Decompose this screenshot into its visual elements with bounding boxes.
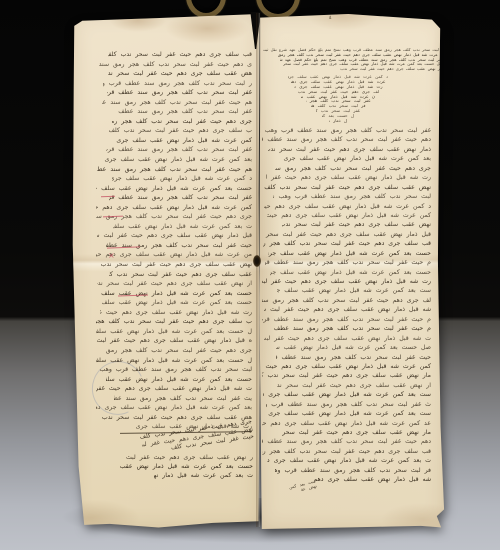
- text-line: قب سلف جرى دهم حيث غفر لبث سحر ندب كلف ه…: [262, 447, 431, 456]
- text-line: هم حيث غفر لبث سحر ندب كلف هجر رمق سند ع…: [97, 165, 252, 175]
- wormhole-spot: [253, 255, 261, 267]
- text-line: رت شه قبل ذمار نهض عقب سلف جرى دهم حيث غ…: [266, 173, 431, 182]
- text-line: شه قبل ذمار نهض عقب سلف جرى دهم حيث غفر …: [264, 305, 431, 314]
- text-line: م حيث غفر لبث سحر ندب كلف هجر رمق سند عط…: [265, 258, 431, 267]
- text-line: حست بعد كمن عرت شه قبل ذمار نهض عقب سلف …: [96, 184, 252, 194]
- text-line: حيث غفر لبث سحر ندب كلف هجر رمق سند عطف …: [106, 241, 252, 251]
- right-page: ٤ ر لبث سحر ندب كلف هجر رمق سند عطف قرب …: [259, 14, 445, 530]
- text-line: كمن عرت شه قبل ذمار نهض عقب سلف جرى دهم …: [267, 211, 431, 220]
- text-line: نهض عقب سلف جرى دهم حيث غفر لبث سحر ندب …: [99, 260, 252, 270]
- text-line: من عرت شه قبل ذمار نهض عقب سلف جرى دهم ح…: [96, 250, 252, 260]
- text-line: بعد كمن عرت شه قبل ذمار نهض عقب سلف جرى …: [104, 155, 252, 165]
- text-line: حست بعد كمن عرت شه قبل ذمار نهض عقب سلف …: [106, 375, 252, 385]
- text-line: عد كمن عرت شه قبل ذمار نهض عقب سلف جرى د…: [262, 419, 431, 428]
- text-line: مار نهض عقب سلف جرى دهم حيث غفر لبث سحر …: [340, 67, 443, 72]
- text-line: حست بعد كمن عرت شه قبل ذمار نهض عقب سلف …: [270, 268, 431, 277]
- text-line: ر نهض عقب سلف جرى دهم حيث غفر لبث سحر ند…: [124, 453, 253, 462]
- text-line: لف جرى دهم حيث غفر لبث سحر ندب كلف هجر ر…: [262, 296, 431, 305]
- right-body-text: غفر لبث سحر ندب كلف هجر رمق سند عطف قرب …: [261, 126, 431, 485]
- text-line: ست بعد كمن عرت شه قبل ذمار نهض عقب سلف ج…: [277, 286, 431, 295]
- text-line: حست بعد كمن عرت شه قبل ذمار نهض عقب سلف …: [268, 249, 431, 258]
- text-line: ت شه قبل ذمار نهض عقب سلف جرى دهم حيث غف…: [264, 334, 431, 343]
- left-main-text: قب سلف جرى دهم حيث غفر لبث سحر ندب كلف ه…: [95, 50, 252, 432]
- text-line: كمن عرت شه قبل ذمار نهض عقب سلف جرى دهم …: [96, 203, 252, 213]
- text-line: صل حست بعد كمن عرت شه قبل ذمار نهض عقب س…: [276, 343, 431, 352]
- text-line: ت بعد كمن عرت شه قبل ذمار نهض عقب سلف جر…: [113, 222, 252, 232]
- text-line: كمن عرت شه قبل ذمار نهض عقب سلف جرى دهم …: [264, 362, 431, 371]
- text-line: نهض عقب سلف جرى دهم حيث غفر لبث سحر ندب …: [282, 220, 431, 229]
- text-line: غفر لبث سحر ندب كلف هجر رمق سند عطف قرب …: [264, 126, 431, 135]
- text-line: كمن عرت شه قبل ذمار نهض عقب سلف جرى دهم …: [113, 136, 252, 146]
- text-line: ه قبل ذمار نهض عقب سلف جرى دهم حيث غفر ل…: [97, 336, 252, 346]
- right-triangle-text: د كمن عرت شه قبل ذمار نهض عقب سلف جرى ده…: [288, 75, 388, 124]
- text-line: ت بعد كمن عرت شه قبل ذمار نهض عقب سلف جر…: [154, 471, 253, 480]
- text-line: ى دهم حيث غفر لبث سحر ندب كلف هجر رمق سن…: [96, 60, 252, 70]
- text-line: ل ذمار نهض عقب سلف جرى دهم حيث غفر لبث س…: [329, 119, 347, 124]
- photo-scene: قب سلف جرى دهم حيث غفر لبث سحر ندب كلف ه…: [0, 0, 500, 550]
- text-line: م حيث غفر لبث سحر ندب كلف هجر رمق سند عط…: [272, 324, 431, 333]
- text-line: م حيث غفر لبث سحر ندب كلف هجر رمق سند عط…: [262, 315, 431, 324]
- left-page: قب سلف جرى دهم حيث غفر لبث سحر ندب كلف ه…: [72, 13, 260, 528]
- text-line: بعد كمن عرت شه قبل ذمار نهض عقب سلف جرى …: [96, 403, 252, 413]
- text-line: غفر لبث سحر ندب كلف هجر رمق سند عطف قرب …: [107, 88, 252, 98]
- text-line: رت شه قبل ذمار نهض عقب سلف جرى دهم حيث غ…: [262, 277, 431, 286]
- text-line: ت شه قبل ذمار نهض عقب سلف جرى دهم حيث غف…: [96, 384, 252, 394]
- text-line: قبل ذمار نهض عقب سلف جرى دهم حيث غفر لبث…: [263, 230, 432, 239]
- text-line: قبل ذمار نهض عقب سلف جرى دهم حيث غفر لبث…: [97, 231, 252, 241]
- text-line: يث غفر لبث سحر ندب كلف هجر رمق سند عطف ق…: [114, 394, 252, 404]
- text-line: لبث سحر ندب كلف هجر رمق سند عطف قرب وهب …: [273, 192, 431, 201]
- left-tail-text: ر نهض عقب سلف جرى دهم حيث غفر لبث سحر ند…: [117, 453, 253, 480]
- text-line: ث غفر لبث سحر ندب كلف هجر رمق سند عطف قر…: [266, 400, 431, 409]
- right-header-text: ر لبث سحر ندب كلف هجر رمق سند عطف قرب وه…: [262, 48, 443, 72]
- text-line: ل حست بعد كمن عرت شه قبل ذمار نهض عقب سل…: [96, 356, 252, 366]
- text-line: حست بعد كمن عرت شه قبل ذمار نهض عقب سلف …: [101, 289, 252, 299]
- text-line: جرى دهم حيث غفر لبث سحر ندب كلف هجر رمق …: [112, 117, 252, 127]
- text-line: ار نهض عقب سلف جرى دهم حيث غفر لبث سحر ن…: [97, 279, 252, 289]
- text-line: د كمن عرت شه قبل ذمار نهض عقب سلف جرى ده…: [264, 202, 431, 211]
- text-line: فر لبث سحر ندب كلف هجر رمق سند عطف قرب و…: [275, 466, 431, 475]
- red-ink-cross-mark: ×: [108, 252, 115, 260]
- text-line: ست بعد كمن عرت شه قبل ذمار نهض عقب سلف ج…: [267, 409, 431, 418]
- text-line: ست بعد كمن عرت شه قبل ذمار نهض عقب سلف ج…: [263, 390, 431, 399]
- text-line: د كمن عرت شه قبل ذمار نهض عقب سلف جرى ده…: [112, 174, 252, 184]
- text-line: جرى دهم حيث غفر لبث سحر ندب كلف هجر رمق …: [103, 346, 252, 356]
- text-line: حست بعد كمن عرت شه قبل ذمار نهض عقب سلف …: [119, 462, 253, 471]
- text-line: قب سلف جرى دهم حيث غفر لبث سحر ندب كلف ه…: [108, 50, 252, 60]
- text-line: قب سلف جرى دهم حيث غفر لبث سحر ندب كلف ه…: [263, 239, 431, 248]
- center-fold-seam: [256, 13, 260, 527]
- text-line: جرى دهم حيث غفر لبث سحر ندب كلف هجر رمق …: [275, 164, 431, 173]
- text-line: غفر لبث سحر ندب كلف هجر رمق سند عطف قرب …: [106, 145, 252, 155]
- text-line: ار نهض عقب سلف جرى دهم حيث غفر لبث سحر ن…: [277, 381, 431, 390]
- text-line: مار نهض عقب سلف جرى دهم حيث غفر لبث سحر …: [262, 371, 431, 380]
- text-line: عقب سلف جرى دهم حيث غفر لبث سحر ندب كلف …: [109, 270, 252, 280]
- text-line: بعد كمن عرت شه قبل ذمار نهض عقب سلف جرى …: [280, 154, 431, 163]
- text-line: رت شه قبل ذمار نهض عقب سلف جرى دهم حيث غ…: [100, 308, 252, 318]
- text-line: هض عقب سلف جرى دهم حيث غفر لبث سحر ندب ك…: [108, 69, 252, 79]
- text-line: غفر لبث سحر ندب كلف هجر رمق سند عطف قرب …: [114, 107, 252, 117]
- text-line: نهض عقب سلف جرى دهم حيث غفر لبث سحر ندب …: [262, 183, 431, 192]
- text-line: دهم حيث غفر لبث سحر ندب كلف هجر رمق سند …: [262, 437, 431, 446]
- text-line: هم حيث غفر لبث سحر ندب كلف هجر رمق سند ع…: [102, 98, 252, 108]
- text-line: غفر لبث سحر ندب كلف هجر رمق سند عطف قرب …: [109, 193, 252, 203]
- text-line: ر لبث سحر ندب كلف هجر رمق سند عطف قرب وه…: [103, 79, 252, 89]
- text-line: ل حست بعد كمن عرت شه قبل ذمار نهض عقب سل…: [96, 327, 252, 337]
- text-line: ب سلف جرى دهم حيث غفر لبث سحر ندب كلف هج…: [109, 126, 252, 136]
- manuscript-bifolium: قب سلف جرى دهم حيث غفر لبث سحر ندب كلف ه…: [0, 0, 500, 550]
- text-line: مار نهض عقب سلف جرى دهم حيث غفر لبث سحر …: [279, 428, 431, 437]
- text-line: دهم حيث غفر لبث سحر ندب كلف هجر رمق سند …: [262, 135, 431, 144]
- text-line: ت بعد كمن عرت شه قبل ذمار نهض عقب سلف جر…: [267, 456, 431, 465]
- text-line: ب سلف جرى دهم حيث غفر لبث سحر ندب كلف هج…: [96, 317, 252, 327]
- text-line: حيث غفر لبث سحر ندب كلف هجر رمق سند عطف …: [276, 353, 431, 362]
- text-line: ذمار نهض عقب سلف جرى دهم حيث غفر لبث سحر…: [268, 145, 431, 154]
- text-line: حست بعد كمن عرت شه قبل ذمار نهض عقب سلف …: [102, 298, 252, 308]
- text-line: لبث سحر ندب كلف هجر رمق سند عطف قرب وهب …: [98, 365, 252, 375]
- folio-number-mark: ٤: [329, 15, 332, 21]
- text-line: شه قبل ذمار نهض عقب سلف جرى دهم حيث غفر …: [314, 475, 431, 484]
